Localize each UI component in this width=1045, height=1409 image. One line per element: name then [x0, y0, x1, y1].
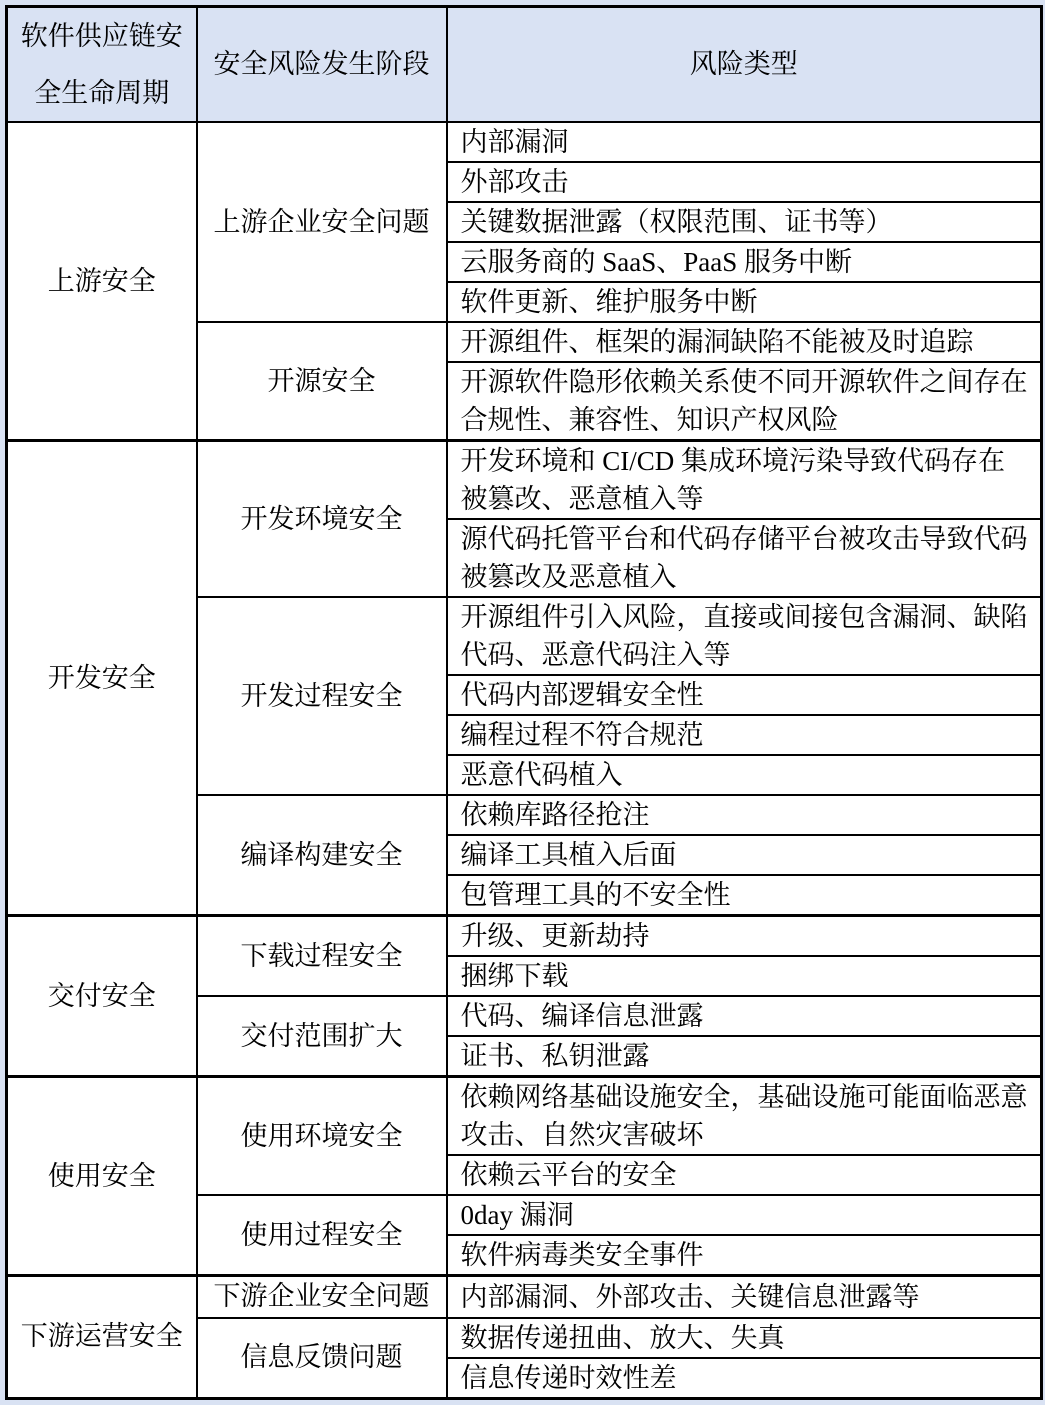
stage-cell: 信息反馈问题 — [197, 1318, 447, 1399]
risk-cell: 软件病毒类安全事件 — [447, 1235, 1042, 1276]
risk-cell: 包管理工具的不安全性 — [447, 875, 1042, 916]
table-row: 开发安全开发环境安全开发环境和 CI/CD 集成环境污染导致代码存在被篡改、恶意… — [7, 441, 1042, 520]
table-body: 上游安全上游企业安全问题内部漏洞外部攻击关键数据泄露（权限范围、证书等）云服务商… — [7, 122, 1042, 1398]
stage-cell: 开发过程安全 — [197, 597, 447, 795]
risk-cell: 恶意代码植入 — [447, 755, 1042, 795]
header-row: 软件供应链安全生命周期 安全风险发生阶段 风险类型 — [7, 7, 1042, 123]
stage-cell: 下游企业安全问题 — [197, 1276, 447, 1318]
stage-cell: 开发环境安全 — [197, 441, 447, 598]
table-frame: 软件供应链安全生命周期 安全风险发生阶段 风险类型 上游安全上游企业安全问题内部… — [0, 0, 1045, 1405]
stage-cell: 下载过程安全 — [197, 916, 447, 997]
column-header-stage: 安全风险发生阶段 — [197, 7, 447, 123]
stage-cell: 开源安全 — [197, 322, 447, 441]
table-row: 上游安全上游企业安全问题内部漏洞 — [7, 122, 1042, 162]
risk-cell: 编程过程不符合规范 — [447, 715, 1042, 755]
column-header-risk-type: 风险类型 — [447, 7, 1042, 123]
lifecycle-cell: 使用安全 — [7, 1077, 197, 1276]
risk-cell: 源代码托管平台和代码存储平台被攻击导致代码被篡改及恶意植入 — [447, 519, 1042, 597]
risk-cell: 依赖网络基础设施安全，基础设施可能面临恶意攻击、自然灾害破坏 — [447, 1077, 1042, 1156]
risk-cell: 软件更新、维护服务中断 — [447, 282, 1042, 322]
risk-cell: 捆绑下载 — [447, 956, 1042, 996]
risk-cell: 信息传递时效性差 — [447, 1358, 1042, 1399]
table-row: 下游运营安全下游企业安全问题内部漏洞、外部攻击、关键信息泄露等 — [7, 1276, 1042, 1318]
risk-cell: 依赖云平台的安全 — [447, 1155, 1042, 1195]
table-header: 软件供应链安全生命周期 安全风险发生阶段 风险类型 — [7, 7, 1042, 123]
risk-cell: 编译工具植入后面 — [447, 835, 1042, 875]
risk-cell: 0day 漏洞 — [447, 1195, 1042, 1235]
lifecycle-cell: 下游运营安全 — [7, 1276, 197, 1398]
risk-cell: 关键数据泄露（权限范围、证书等） — [447, 202, 1042, 242]
risk-cell: 证书、私钥泄露 — [447, 1036, 1042, 1077]
risk-cell: 依赖库路径抢注 — [447, 795, 1042, 835]
lifecycle-cell: 开发安全 — [7, 441, 197, 916]
stage-cell: 上游企业安全问题 — [197, 122, 447, 322]
table-row: 交付安全下载过程安全升级、更新劫持 — [7, 916, 1042, 957]
stage-cell: 编译构建安全 — [197, 795, 447, 916]
risk-cell: 开发环境和 CI/CD 集成环境污染导致代码存在被篡改、恶意植入等 — [447, 441, 1042, 520]
risk-cell: 开源软件隐形依赖关系使不同开源软件之间存在合规性、兼容性、知识产权风险 — [447, 362, 1042, 441]
risk-cell: 内部漏洞 — [447, 122, 1042, 162]
risk-cell: 内部漏洞、外部攻击、关键信息泄露等 — [447, 1276, 1042, 1318]
risk-cell: 外部攻击 — [447, 162, 1042, 202]
risk-cell: 开源组件、框架的漏洞缺陷不能被及时追踪 — [447, 322, 1042, 362]
stage-cell: 使用环境安全 — [197, 1077, 447, 1196]
lifecycle-cell: 上游安全 — [7, 122, 197, 441]
stage-cell: 使用过程安全 — [197, 1195, 447, 1276]
risk-cell: 数据传递扭曲、放大、失真 — [447, 1318, 1042, 1358]
risk-cell: 代码、编译信息泄露 — [447, 996, 1042, 1036]
risk-cell: 开源组件引入风险，直接或间接包含漏洞、缺陷代码、恶意代码注入等 — [447, 597, 1042, 675]
lifecycle-cell: 交付安全 — [7, 916, 197, 1077]
table-row: 使用安全使用环境安全依赖网络基础设施安全，基础设施可能面临恶意攻击、自然灾害破坏 — [7, 1077, 1042, 1156]
column-header-lifecycle-label: 软件供应链安全生命周期 — [17, 8, 187, 121]
risk-cell: 云服务商的 SaaS、PaaS 服务中断 — [447, 242, 1042, 282]
risk-cell: 升级、更新劫持 — [447, 916, 1042, 957]
risk-cell: 代码内部逻辑安全性 — [447, 675, 1042, 715]
page: 软件供应链安全生命周期 安全风险发生阶段 风险类型 上游安全上游企业安全问题内部… — [0, 0, 1045, 1409]
stage-cell: 交付范围扩大 — [197, 996, 447, 1077]
column-header-lifecycle: 软件供应链安全生命周期 — [7, 7, 197, 123]
supply-chain-risk-table: 软件供应链安全生命周期 安全风险发生阶段 风险类型 上游安全上游企业安全问题内部… — [5, 5, 1043, 1400]
